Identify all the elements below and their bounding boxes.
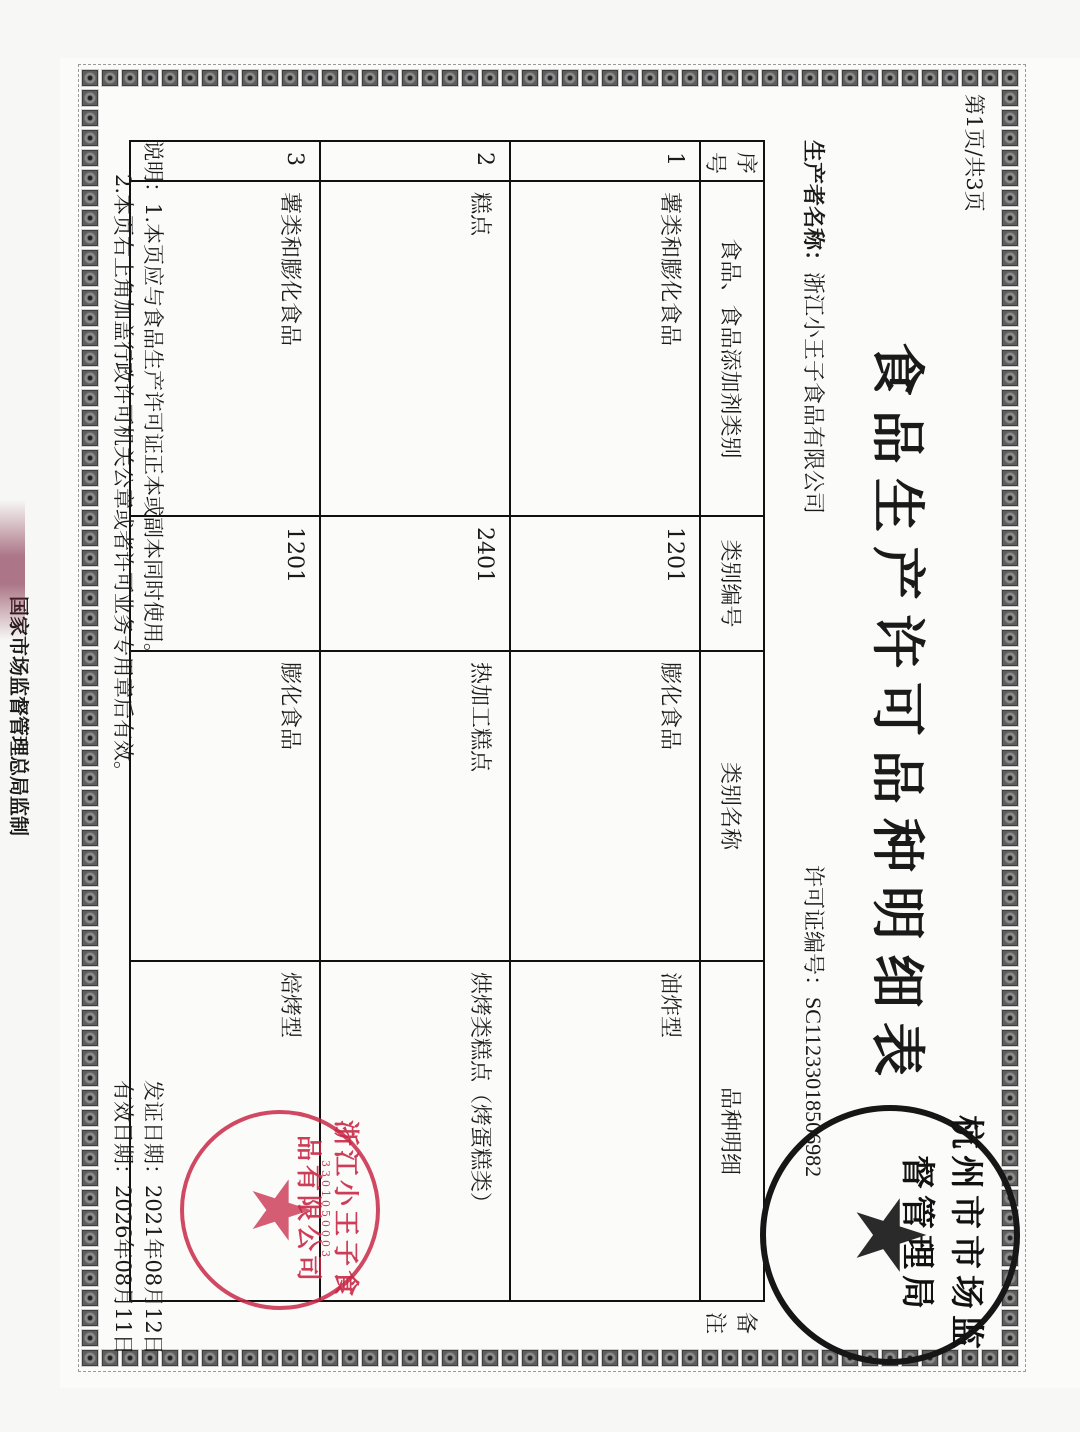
frame-tile bbox=[1002, 990, 1018, 1006]
frame-tile bbox=[1002, 230, 1018, 246]
frame-tile bbox=[382, 70, 398, 86]
frame-tile bbox=[422, 1350, 438, 1366]
frame-tile bbox=[82, 970, 98, 986]
frame-tile bbox=[82, 210, 98, 226]
frame-tile bbox=[82, 190, 98, 206]
frame-tile bbox=[542, 70, 558, 86]
company-seal: 浙江小王子食品有限公司 3301050003 ★ bbox=[180, 1110, 380, 1310]
frame-tile bbox=[442, 1350, 458, 1366]
frame-tile bbox=[522, 70, 538, 86]
frame-tile bbox=[1002, 430, 1018, 446]
frame-tile bbox=[622, 70, 638, 86]
valid-date: 有效日期：2026年08月11日 bbox=[108, 1080, 138, 1355]
frame-tile bbox=[1002, 790, 1018, 806]
frame-tile bbox=[82, 530, 98, 546]
frame-tile bbox=[82, 1190, 98, 1206]
cell-category: 薯类和膨化食品 bbox=[510, 181, 700, 516]
frame-tile bbox=[82, 910, 98, 926]
star-icon: ★ bbox=[240, 1174, 320, 1246]
frame-tile bbox=[462, 70, 478, 86]
frame-tile bbox=[742, 1350, 758, 1366]
frame-tile bbox=[82, 90, 98, 106]
frame-tile bbox=[82, 1170, 98, 1186]
frame-tile bbox=[82, 750, 98, 766]
frame-tile bbox=[1002, 610, 1018, 626]
frame-tile bbox=[1002, 750, 1018, 766]
frame-tile bbox=[82, 990, 98, 1006]
frame-tile bbox=[122, 70, 138, 86]
notes-label: 说明： bbox=[141, 140, 165, 203]
frame-tile bbox=[82, 710, 98, 726]
table-row: 1 薯类和膨化食品 1201 膨化食品 油炸型 bbox=[510, 141, 700, 1301]
issuer-footer: 国家市场监督管理总局监制 bbox=[6, 0, 35, 1432]
license-label: 许可证编号： bbox=[800, 865, 825, 997]
frame-tile bbox=[482, 1350, 498, 1366]
frame-tile bbox=[182, 70, 198, 86]
frame-tile bbox=[1002, 690, 1018, 706]
frame-tile bbox=[82, 950, 98, 966]
frame-tile bbox=[82, 930, 98, 946]
frame-tile bbox=[602, 70, 618, 86]
frame-tile bbox=[1002, 1110, 1018, 1126]
frame-tile bbox=[82, 630, 98, 646]
frame-tile bbox=[822, 70, 838, 86]
frame-tile bbox=[1002, 310, 1018, 326]
frame-tile bbox=[82, 830, 98, 846]
header-detail: 品种明细 bbox=[700, 961, 764, 1301]
frame-tile bbox=[1002, 150, 1018, 166]
frame-tile bbox=[1002, 390, 1018, 406]
cell-code: 2401 bbox=[320, 516, 510, 651]
frame-tile bbox=[1002, 370, 1018, 386]
license-page: 第1页/共3页 食品生产许可品种明细表 生产者名称：浙江小王子食品有限公司 许可… bbox=[0, 0, 1080, 1432]
frame-tile bbox=[82, 410, 98, 426]
frame-tile bbox=[762, 1350, 778, 1366]
frame-tile bbox=[402, 1350, 418, 1366]
edge-seal-fragment bbox=[0, 500, 25, 640]
frame-tile bbox=[1002, 1090, 1018, 1106]
frame-tile bbox=[1002, 190, 1018, 206]
frame-tile bbox=[82, 550, 98, 566]
header-no: 序号 bbox=[700, 141, 764, 181]
frame-tile bbox=[162, 70, 178, 86]
frame-tile bbox=[982, 70, 998, 86]
dates-section: 发证日期：2021年08月12日 有效日期：2026年08月11日 bbox=[108, 1080, 168, 1355]
frame-tile bbox=[102, 70, 118, 86]
frame-tile bbox=[302, 1350, 318, 1366]
frame-tile bbox=[1002, 850, 1018, 866]
frame-tile bbox=[1002, 410, 1018, 426]
frame-tile bbox=[962, 70, 978, 86]
frame-tile bbox=[562, 70, 578, 86]
frame-tile bbox=[82, 1330, 98, 1346]
frame-tile bbox=[1002, 1030, 1018, 1046]
frame-tile bbox=[1002, 170, 1018, 186]
producer-value: 浙江小王子食品有限公司 bbox=[800, 272, 825, 514]
frame-tile bbox=[782, 70, 798, 86]
frame-tile bbox=[1002, 330, 1018, 346]
frame-tile bbox=[82, 1090, 98, 1106]
frame-tile bbox=[82, 1210, 98, 1226]
frame-tile bbox=[242, 1350, 258, 1366]
frame-tile bbox=[82, 390, 98, 406]
cell-name: 膨化食品 bbox=[510, 651, 700, 961]
frame-tile bbox=[1002, 1050, 1018, 1066]
frame-tile bbox=[82, 1050, 98, 1066]
frame-tile bbox=[262, 1350, 278, 1366]
frame-tile bbox=[842, 70, 858, 86]
frame-tile bbox=[82, 250, 98, 266]
frame-tile bbox=[1002, 890, 1018, 906]
frame-tile bbox=[1002, 650, 1018, 666]
frame-tile bbox=[742, 70, 758, 86]
frame-tile bbox=[82, 890, 98, 906]
frame-tile bbox=[1002, 490, 1018, 506]
authority-seal: 杭州市市场监督管理局 ★ bbox=[760, 1105, 1020, 1365]
frame-tile bbox=[82, 70, 98, 86]
frame-tile bbox=[802, 70, 818, 86]
header-category: 食品、食品添加剂类别 bbox=[700, 181, 764, 516]
frame-tile bbox=[1002, 590, 1018, 606]
note-2: 2.本页右上角加盖行政许可机关公章或者许可业务专用章后有效。 bbox=[108, 140, 138, 782]
frame-tile bbox=[1002, 630, 1018, 646]
frame-tile bbox=[802, 1350, 818, 1366]
issue-date: 发证日期：2021年08月12日 bbox=[138, 1080, 168, 1355]
frame-tile bbox=[82, 230, 98, 246]
frame-tile bbox=[142, 70, 158, 86]
frame-tile bbox=[1002, 450, 1018, 466]
frame-tile bbox=[82, 570, 98, 586]
frame-tile bbox=[1002, 90, 1018, 106]
frame-tile bbox=[1002, 670, 1018, 686]
frame-tile bbox=[82, 1030, 98, 1046]
frame-tile bbox=[1002, 910, 1018, 926]
frame-tile bbox=[1002, 930, 1018, 946]
note-1: 说明：1.本页应与食品生产许可证正本或副本同时使用。 bbox=[138, 140, 168, 782]
frame-tile bbox=[1002, 710, 1018, 726]
frame-tile bbox=[362, 70, 378, 86]
frame-tile bbox=[82, 130, 98, 146]
frame-tile bbox=[1002, 550, 1018, 566]
frame-tile bbox=[82, 510, 98, 526]
frame-tile bbox=[182, 1350, 198, 1366]
cell-category: 糕点 bbox=[320, 181, 510, 516]
cell-no: 1 bbox=[510, 141, 700, 181]
frame-tile bbox=[642, 1350, 658, 1366]
frame-tile bbox=[602, 1350, 618, 1366]
frame-tile bbox=[322, 70, 338, 86]
frame-tile bbox=[222, 70, 238, 86]
frame-tile bbox=[1002, 1310, 1018, 1326]
frame-tile bbox=[1002, 210, 1018, 226]
producer-field: 生产者名称：浙江小王子食品有限公司 bbox=[799, 140, 830, 514]
frame-tile bbox=[82, 650, 98, 666]
frame-tile bbox=[702, 70, 718, 86]
frame-tile bbox=[82, 1070, 98, 1086]
frame-tile bbox=[82, 430, 98, 446]
frame-tile bbox=[1002, 350, 1018, 366]
frame-tile bbox=[1002, 970, 1018, 986]
frame-tile bbox=[362, 1350, 378, 1366]
frame-tile bbox=[342, 1350, 358, 1366]
frame-tile bbox=[82, 1250, 98, 1266]
frame-tile bbox=[442, 70, 458, 86]
cell-no: 2 bbox=[320, 141, 510, 181]
frame-tile bbox=[1002, 250, 1018, 266]
frame-tile bbox=[402, 70, 418, 86]
frame-tile bbox=[582, 70, 598, 86]
frame-tile bbox=[462, 1350, 478, 1366]
frame-tile bbox=[1002, 530, 1018, 546]
frame-tile bbox=[82, 1150, 98, 1166]
frame-tile bbox=[82, 1130, 98, 1146]
frame-tile bbox=[202, 1350, 218, 1366]
frame-tile bbox=[662, 1350, 678, 1366]
decorative-frame-bottom bbox=[82, 70, 98, 1366]
table-header-row: 序号 食品、食品添加剂类别 类别编号 类别名称 品种明细 备注 bbox=[700, 141, 764, 1301]
frame-tile bbox=[82, 1310, 98, 1326]
frame-tile bbox=[82, 730, 98, 746]
frame-tile bbox=[282, 70, 298, 86]
cell-detail: 油炸型 bbox=[510, 961, 700, 1301]
frame-tile bbox=[482, 70, 498, 86]
frame-tile bbox=[702, 1350, 718, 1366]
frame-tile bbox=[1002, 1330, 1018, 1346]
frame-tile bbox=[502, 70, 518, 86]
frame-tile bbox=[82, 1230, 98, 1246]
frame-tile bbox=[82, 1110, 98, 1126]
header-code: 类别编号 bbox=[700, 516, 764, 651]
frame-tile bbox=[1002, 570, 1018, 586]
frame-tile bbox=[82, 470, 98, 486]
frame-tile bbox=[302, 70, 318, 86]
frame-tile bbox=[1002, 810, 1018, 826]
star-icon: ★ bbox=[842, 1192, 938, 1278]
page-indicator: 第1页/共3页 bbox=[960, 94, 990, 212]
frame-tile bbox=[382, 1350, 398, 1366]
frame-tile bbox=[662, 70, 678, 86]
frame-tile bbox=[82, 790, 98, 806]
frame-tile bbox=[722, 1350, 738, 1366]
frame-tile bbox=[82, 870, 98, 886]
frame-tile bbox=[642, 70, 658, 86]
frame-tile bbox=[82, 690, 98, 706]
frame-tile bbox=[682, 70, 698, 86]
frame-tile bbox=[1002, 950, 1018, 966]
frame-tile bbox=[82, 670, 98, 686]
frame-tile bbox=[682, 1350, 698, 1366]
decorative-frame-top bbox=[1002, 70, 1018, 1366]
frame-tile bbox=[1002, 110, 1018, 126]
frame-tile bbox=[82, 150, 98, 166]
frame-tile bbox=[1002, 1350, 1018, 1366]
header-name: 类别名称 bbox=[700, 651, 764, 961]
frame-tile bbox=[1002, 770, 1018, 786]
frame-tile bbox=[82, 110, 98, 126]
frame-tile bbox=[562, 1350, 578, 1366]
frame-tile bbox=[1002, 130, 1018, 146]
cell-code: 1201 bbox=[510, 516, 700, 651]
frame-tile bbox=[542, 1350, 558, 1366]
frame-tile bbox=[82, 850, 98, 866]
frame-tile bbox=[82, 310, 98, 326]
frame-tile bbox=[82, 770, 98, 786]
frame-tile bbox=[82, 810, 98, 826]
frame-tile bbox=[1002, 1010, 1018, 1026]
frame-tile bbox=[82, 370, 98, 386]
frame-tile bbox=[322, 1350, 338, 1366]
frame-tile bbox=[1002, 1130, 1018, 1146]
frame-tile bbox=[222, 1350, 238, 1366]
frame-tile bbox=[1002, 870, 1018, 886]
frame-tile bbox=[1002, 290, 1018, 306]
frame-tile bbox=[422, 70, 438, 86]
frame-tile bbox=[502, 1350, 518, 1366]
frame-tile bbox=[82, 490, 98, 506]
frame-tile bbox=[242, 70, 258, 86]
frame-tile bbox=[82, 1270, 98, 1286]
frame-tile bbox=[1002, 1150, 1018, 1166]
cell-name: 热加工糕点 bbox=[320, 651, 510, 961]
frame-tile bbox=[82, 290, 98, 306]
frame-tile bbox=[82, 610, 98, 626]
frame-tile bbox=[622, 1350, 638, 1366]
frame-tile bbox=[782, 1350, 798, 1366]
frame-tile bbox=[1002, 70, 1018, 86]
frame-tile bbox=[262, 70, 278, 86]
frame-tile bbox=[722, 70, 738, 86]
frame-tile bbox=[202, 70, 218, 86]
frame-tile bbox=[82, 1290, 98, 1306]
frame-tile bbox=[82, 450, 98, 466]
frame-tile bbox=[82, 270, 98, 286]
frame-tile bbox=[342, 70, 358, 86]
producer-label: 生产者名称： bbox=[800, 140, 826, 272]
frame-tile bbox=[82, 350, 98, 366]
frame-tile bbox=[582, 1350, 598, 1366]
frame-tile bbox=[282, 1350, 298, 1366]
frame-tile bbox=[1002, 470, 1018, 486]
frame-tile bbox=[1002, 270, 1018, 286]
frame-tile bbox=[1002, 1070, 1018, 1086]
frame-tile bbox=[82, 590, 98, 606]
frame-tile bbox=[942, 70, 958, 86]
notes-section: 说明：1.本页应与食品生产许可证正本或副本同时使用。 2.本页右上角加盖行政许可… bbox=[108, 140, 168, 782]
frame-tile bbox=[82, 1350, 98, 1366]
frame-tile bbox=[1002, 730, 1018, 746]
frame-tile bbox=[82, 1010, 98, 1026]
frame-tile bbox=[82, 330, 98, 346]
frame-tile bbox=[1002, 830, 1018, 846]
frame-tile bbox=[82, 170, 98, 186]
frame-tile bbox=[762, 70, 778, 86]
frame-tile bbox=[522, 1350, 538, 1366]
frame-tile bbox=[1002, 510, 1018, 526]
